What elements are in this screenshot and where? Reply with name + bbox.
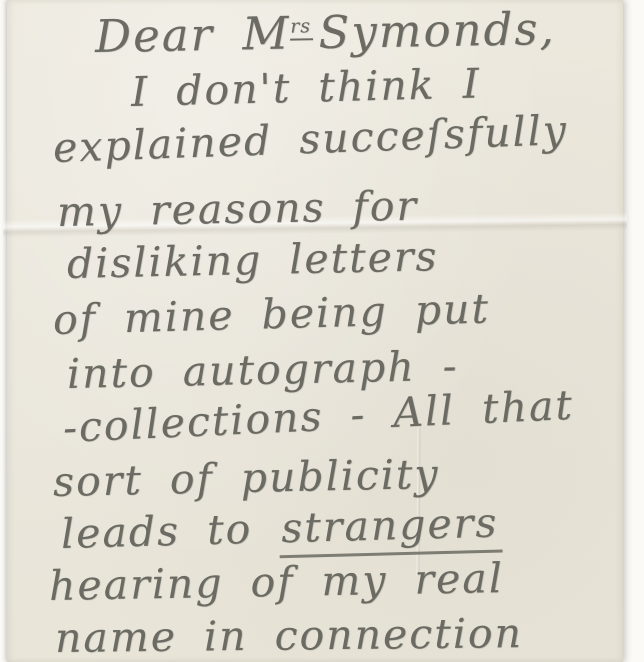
salutation-pre: Dear M <box>95 7 291 63</box>
line-text: leads to <box>60 504 280 558</box>
letter-line: disliking letters <box>66 232 438 288</box>
letter-line: sort of publicity <box>52 450 439 506</box>
letter-line: name in connection <box>55 609 523 662</box>
scan-background-right <box>623 0 644 662</box>
letter-line: explained succeſsfully <box>52 106 568 172</box>
salutation-superscript: rs <box>290 15 313 40</box>
letter-line: my reasons for <box>57 182 419 236</box>
scan-background-left <box>0 0 7 662</box>
underlined-word: strangers <box>279 498 503 558</box>
letter-line: of mine being put <box>52 285 490 344</box>
salutation-post: Symonds, <box>318 2 556 59</box>
scanned-letter-page: Dear MrsSymonds, I don't think I explain… <box>0 0 644 662</box>
salutation-line: Dear MrsSymonds, <box>95 2 557 63</box>
letter-line: I don't think I <box>130 59 481 116</box>
letter-line: hearing of my real <box>49 554 505 610</box>
paper-sheet: Dear MrsSymonds, I don't think I explain… <box>7 0 623 662</box>
letter-line: leads to strangers <box>60 498 503 558</box>
